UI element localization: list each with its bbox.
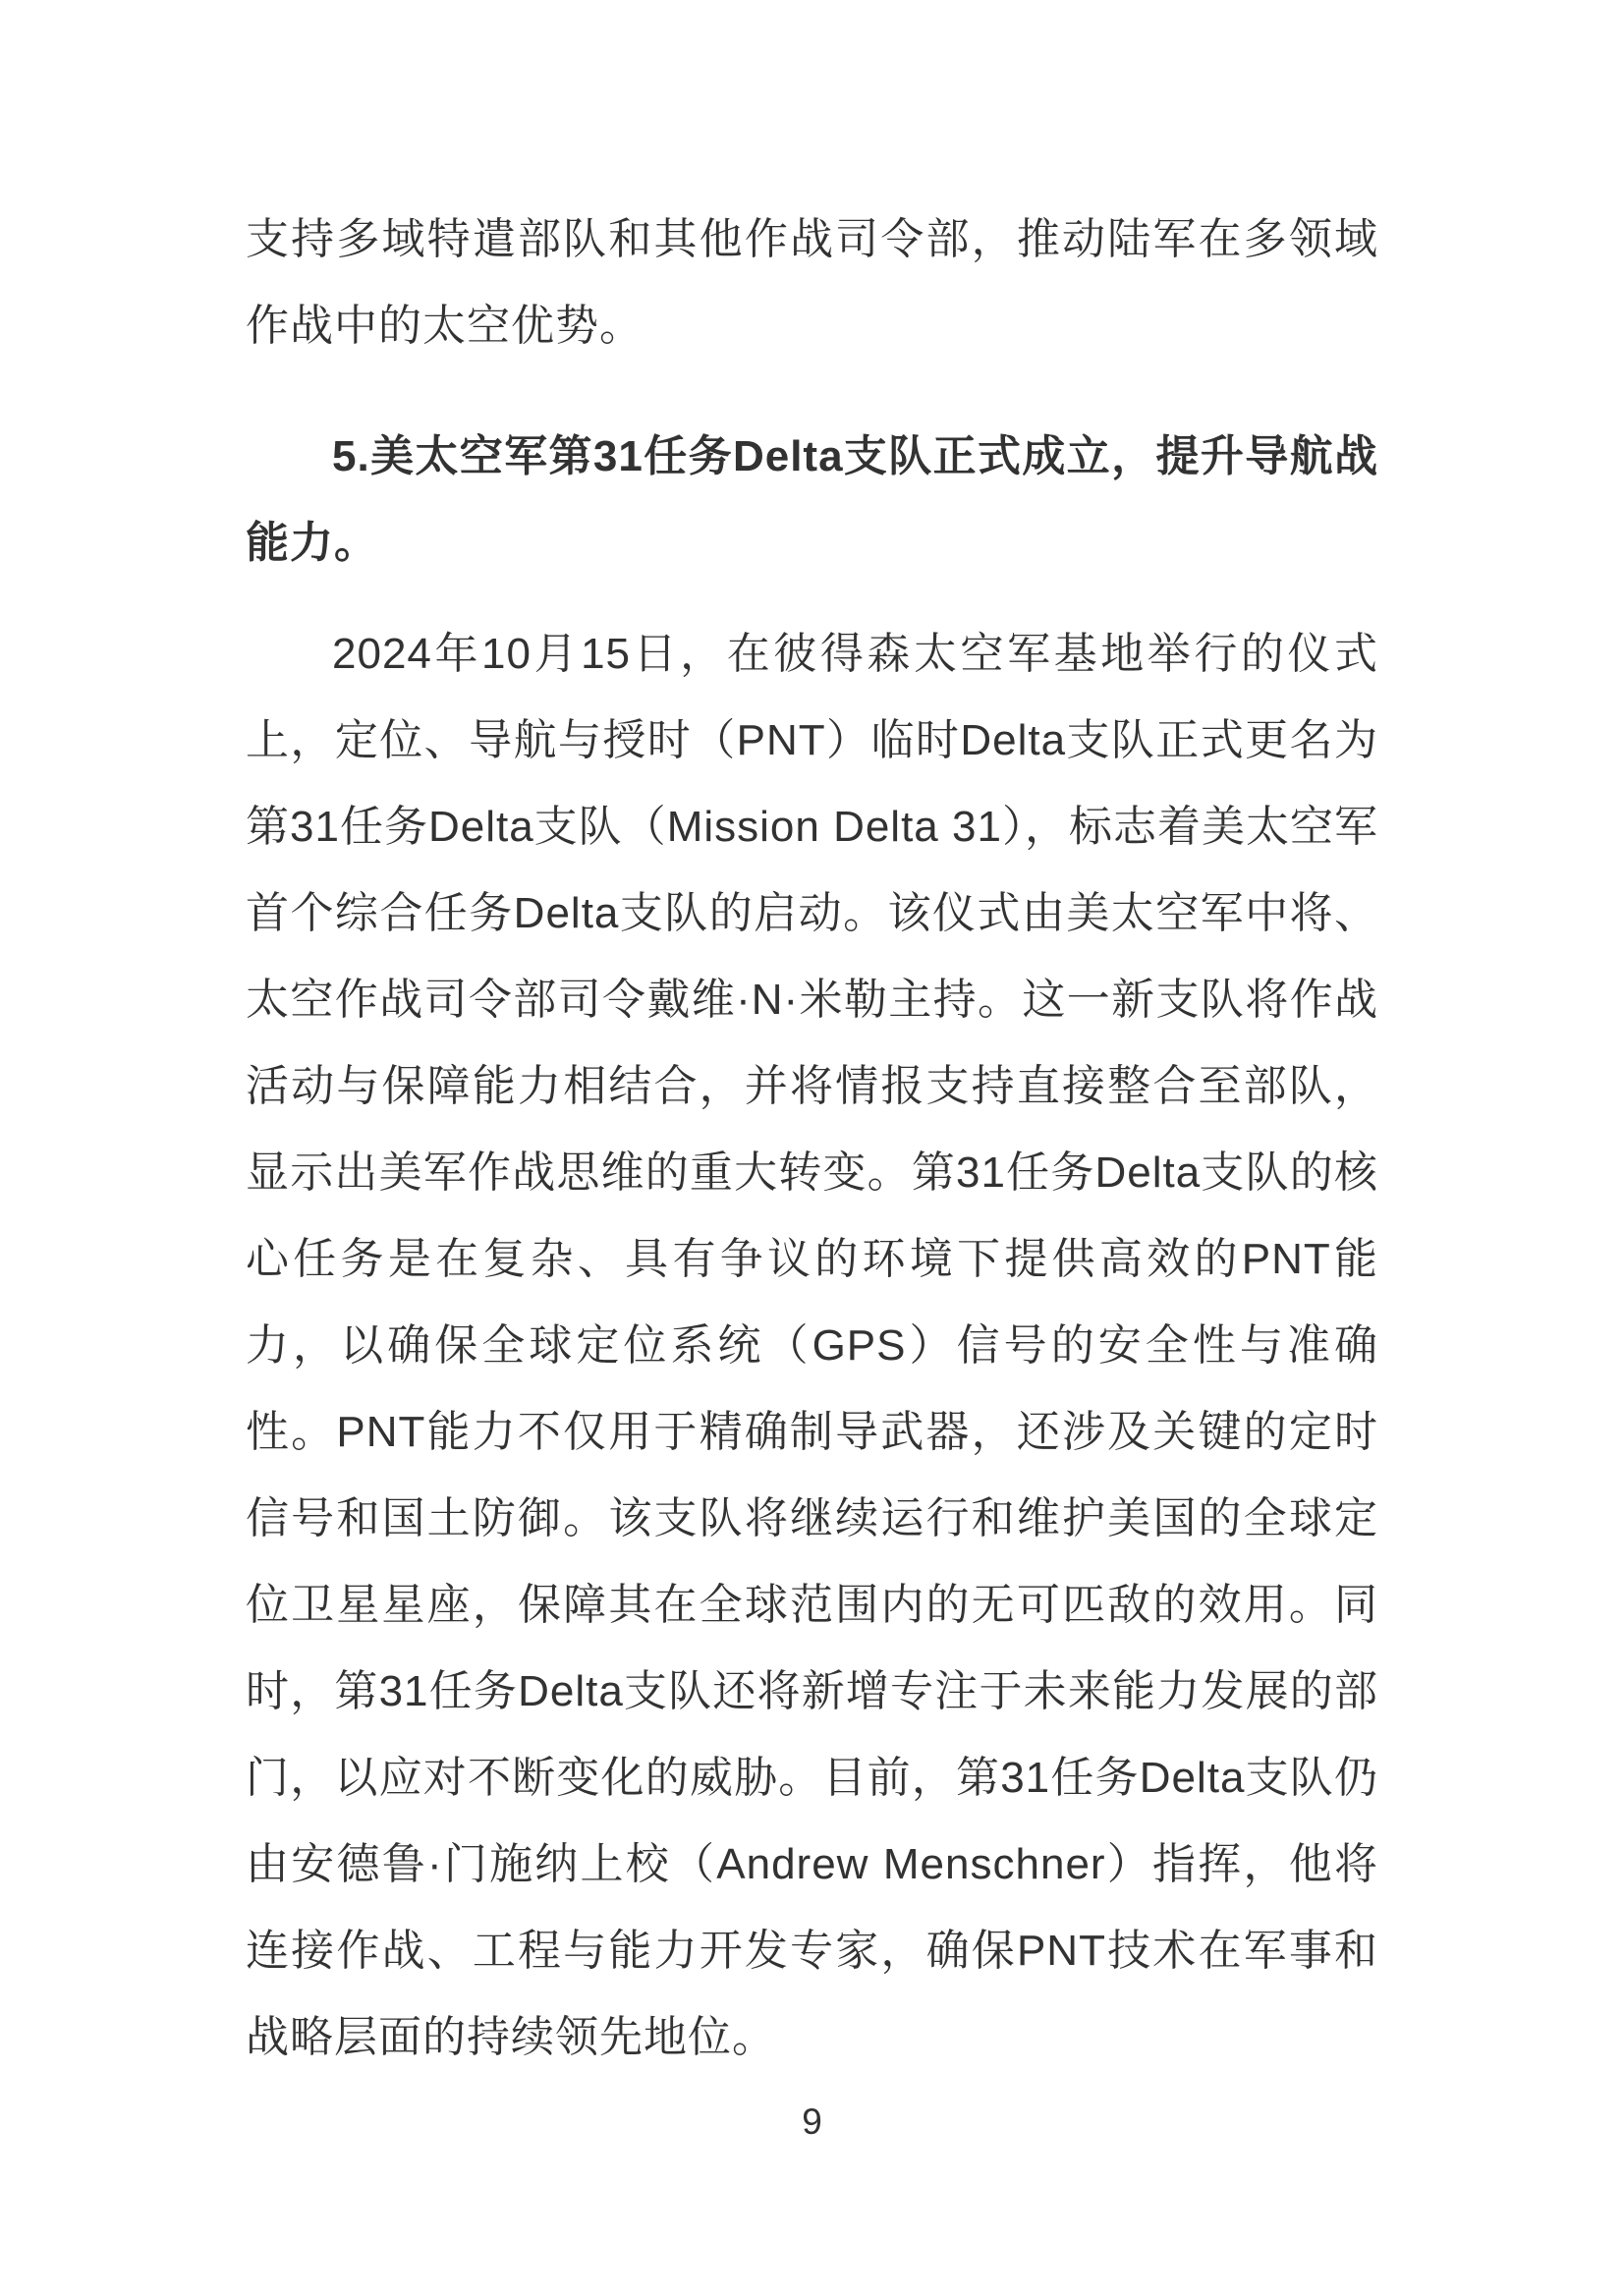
document-page: 支持多域特遣部队和其他作战司令部，推动陆军在多领域作战中的太空优势。 5.美太空… bbox=[0, 0, 1624, 2296]
section-heading: 5.美太空军第31任务Delta支队正式成立，提升导航战能力。 bbox=[246, 414, 1378, 587]
text-body: 支持多域特遣部队和其他作战司令部，推动陆军在多领域作战中的太空优势。 5.美太空… bbox=[246, 196, 1378, 2081]
page-number: 9 bbox=[0, 2100, 1624, 2144]
section-body-paragraph: 2024年10月15日，在彼得森太空军基地举行的仪式上，定位、导航与授时（PNT… bbox=[246, 611, 1378, 2081]
paragraph-continuation: 支持多域特遣部队和其他作战司令部，推动陆军在多领域作战中的太空优势。 bbox=[246, 196, 1378, 369]
